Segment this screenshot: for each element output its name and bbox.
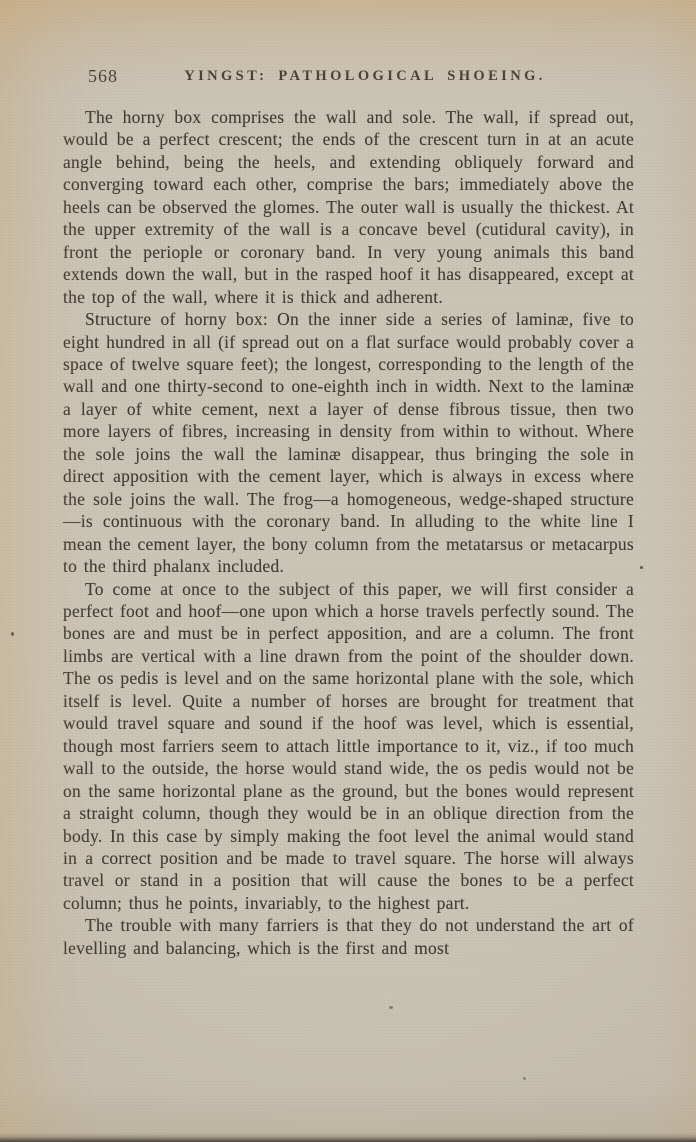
scan-speck <box>389 1006 393 1009</box>
paragraph-farriers-trouble: The trouble with many farriers is that t… <box>63 914 634 959</box>
paragraph-perfect-foot: To come at once to the subject of this p… <box>63 578 634 915</box>
scan-speck <box>11 632 14 636</box>
paragraph-structure-of-horny-box: Structure of horny box: On the inner sid… <box>63 308 634 577</box>
running-header: YINGST: PATHOLOGICAL SHOEING. <box>184 68 546 85</box>
page-number: 568 <box>88 66 118 87</box>
paragraph-horny-box: The horny box comprises the wall and sol… <box>63 106 634 308</box>
page-header: 568 YINGST: PATHOLOGICAL SHOEING. <box>0 66 696 90</box>
page-body: The horny box comprises the wall and sol… <box>63 106 634 959</box>
page-bottom-edge-shadow <box>0 1133 696 1142</box>
scanned-book-page: 568 YINGST: PATHOLOGICAL SHOEING. The ho… <box>0 0 696 1142</box>
scan-speck <box>640 566 643 569</box>
scan-speck <box>523 1077 526 1080</box>
